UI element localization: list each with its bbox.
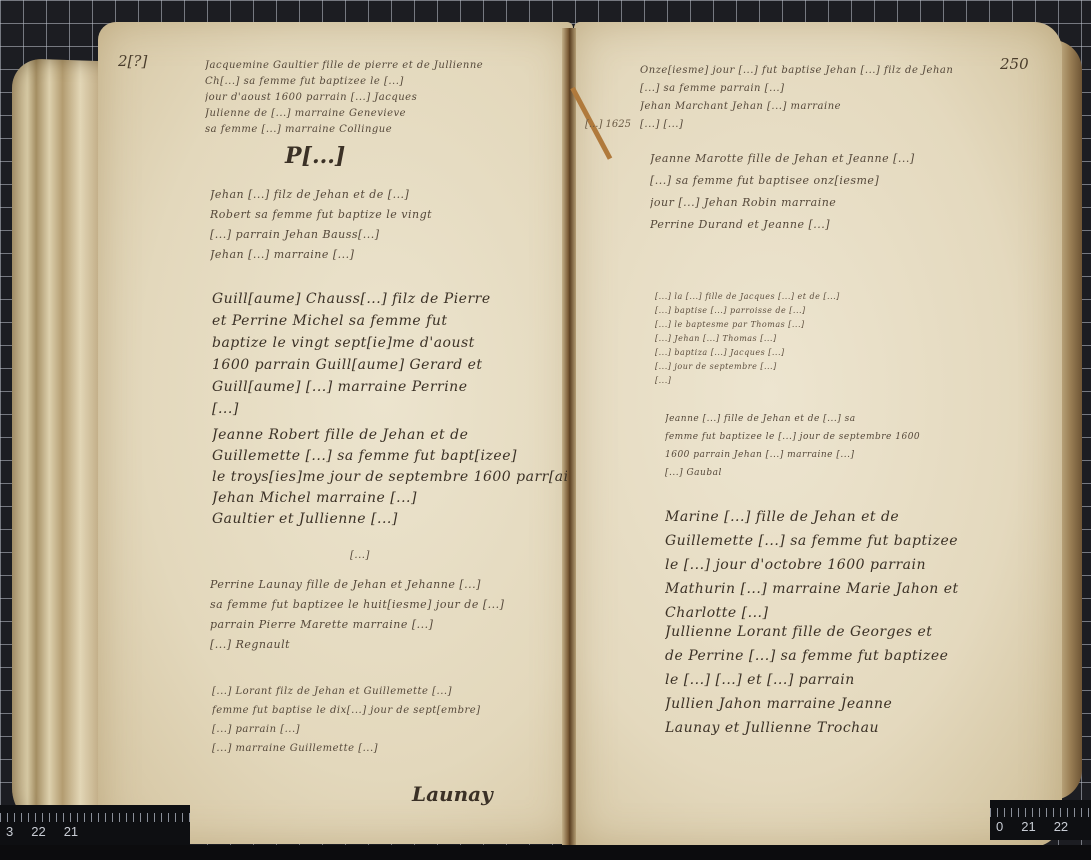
baptism-entry: Jacquemine Gaultier fille de pierre et d… xyxy=(205,58,565,138)
baptism-entry: Jeanne Robert fille de Jehan et de Guill… xyxy=(212,425,567,530)
measuring-ruler-right: 0 21 22 xyxy=(990,800,1091,840)
entry-heading: [...] xyxy=(350,548,370,564)
baptism-entry: Guill[aume] Chauss[...] filz de Pierre e… xyxy=(212,288,567,420)
baptism-entry: Perrine Launay fille de Jehan et Jehanne… xyxy=(210,575,565,655)
baptism-entry: [...] Lorant filz de Jehan et Guillemett… xyxy=(212,682,572,758)
margin-note: [...] 1625 xyxy=(585,118,631,132)
baptism-entry: Onze[iesme] jour [...] fut baptise Jehan… xyxy=(640,62,1040,134)
baptism-entry: Jullienne Lorant fille de Georges et de … xyxy=(665,620,1045,740)
baptism-entry: Jeanne Marotte fille de Jehan et Jeanne … xyxy=(650,148,1040,236)
background-shadow xyxy=(0,845,1091,860)
measuring-ruler-left: 3 22 21 xyxy=(0,805,190,845)
baptism-entry: Jehan [...] filz de Jehan et de [...] Ro… xyxy=(210,185,565,265)
signature-launay: Launay xyxy=(412,782,493,806)
baptism-entry-small-hand: [...] la [...] fille de Jacques [...] et… xyxy=(655,290,1045,388)
baptism-entry: Jeanne [...] fille de Jehan et de [...] … xyxy=(665,410,1045,482)
baptism-entry: Marine [...] fille de Jehan et de Guille… xyxy=(665,505,1045,625)
signature-mark: P[...] xyxy=(285,143,345,169)
page-number-left: 2[?] xyxy=(118,52,147,70)
